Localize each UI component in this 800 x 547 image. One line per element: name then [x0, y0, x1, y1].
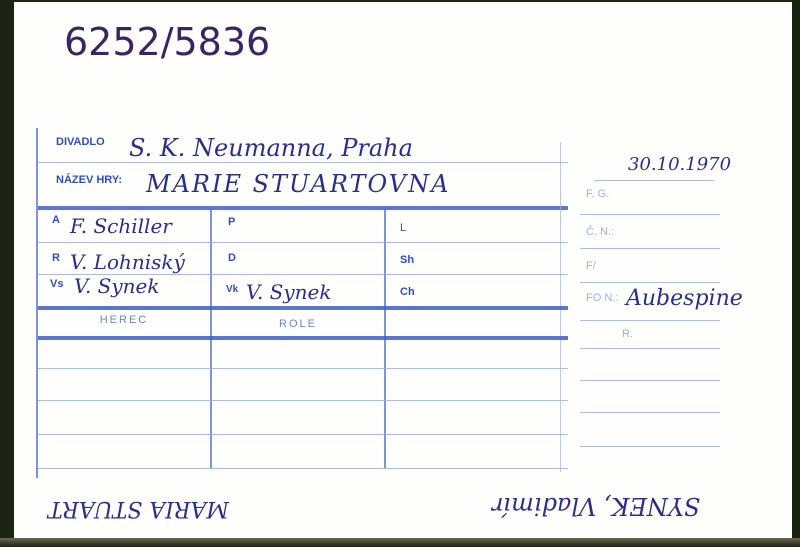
side-line-6 — [580, 380, 720, 381]
title-divider — [38, 206, 568, 210]
bottom-note-actor: SYNEK, Vladimír — [492, 492, 700, 520]
side-line-3 — [580, 282, 720, 283]
bottom-note-actor-text: SYNEK, Vladimír — [492, 492, 700, 520]
crew-label-l: L — [400, 222, 406, 234]
side-value-role: Aubespine — [626, 286, 743, 311]
divadlo-underline — [38, 162, 568, 163]
side-line-5 — [580, 348, 720, 349]
crew-bottom-divider — [38, 306, 568, 310]
archive-card: 6252/5836 DIVADLO S. K. Neumanna, Praha … — [14, 2, 794, 540]
side-label-fg: F. G. — [586, 188, 609, 200]
scan-edge-bottom — [0, 538, 800, 547]
crew-value-author: F. Schiller — [70, 214, 172, 238]
nazev-hry-value: MARIE STUARTOVNA — [146, 170, 450, 198]
divadlo-label: DIVADLO — [56, 136, 105, 148]
crew-row-line-2 — [38, 274, 568, 275]
cast-row-line-1 — [38, 368, 568, 369]
cast-row-line-3 — [38, 434, 568, 435]
date-underline — [594, 180, 714, 181]
role-header: ROLE — [212, 318, 384, 330]
scan-edge-right — [792, 0, 800, 547]
side-line-2 — [580, 248, 720, 249]
crew-value-vs: V. Synek — [74, 274, 160, 298]
crew-value-vk: V. Synek — [246, 280, 332, 304]
herec-header: HEREC — [38, 314, 210, 326]
crew-label-ch: Ch — [400, 286, 415, 298]
crew-value-director: V. Lohniský — [70, 250, 185, 274]
side-line-4 — [580, 320, 720, 321]
header-bottom-divider — [38, 336, 568, 340]
crew-label-sh: Sh — [400, 254, 414, 266]
crew-label-a: A — [52, 214, 60, 226]
crew-label-vs: Vs — [50, 278, 63, 290]
cast-row-line-2 — [38, 400, 568, 401]
side-label-cn: Č. N.: — [586, 226, 614, 238]
crew-label-vk: Vk — [226, 284, 238, 295]
crew-label-p: P — [228, 216, 235, 228]
side-label-r: R. — [622, 328, 633, 340]
side-line-7 — [580, 412, 720, 413]
date-value: 30.10.1970 — [628, 154, 731, 175]
crew-row-line-1 — [38, 242, 568, 243]
bottom-note-play-text: MARIA STUART — [48, 496, 229, 521]
side-line-1 — [580, 214, 720, 215]
form-left-border — [36, 128, 38, 478]
crew-label-d: D — [228, 252, 236, 264]
nazev-hry-label: NÁZEV HRY: — [56, 174, 122, 186]
side-line-8 — [580, 446, 720, 447]
catalog-number: 6252/5836 — [64, 20, 270, 64]
crew-label-r: R — [52, 252, 60, 264]
divadlo-value: S. K. Neumanna, Praha — [129, 134, 413, 162]
side-label-fon: FO N.: — [586, 292, 618, 304]
side-label-f: F/ — [586, 260, 596, 272]
cast-row-line-4 — [38, 468, 568, 469]
bottom-note-play: MARIA STUART — [48, 496, 229, 521]
